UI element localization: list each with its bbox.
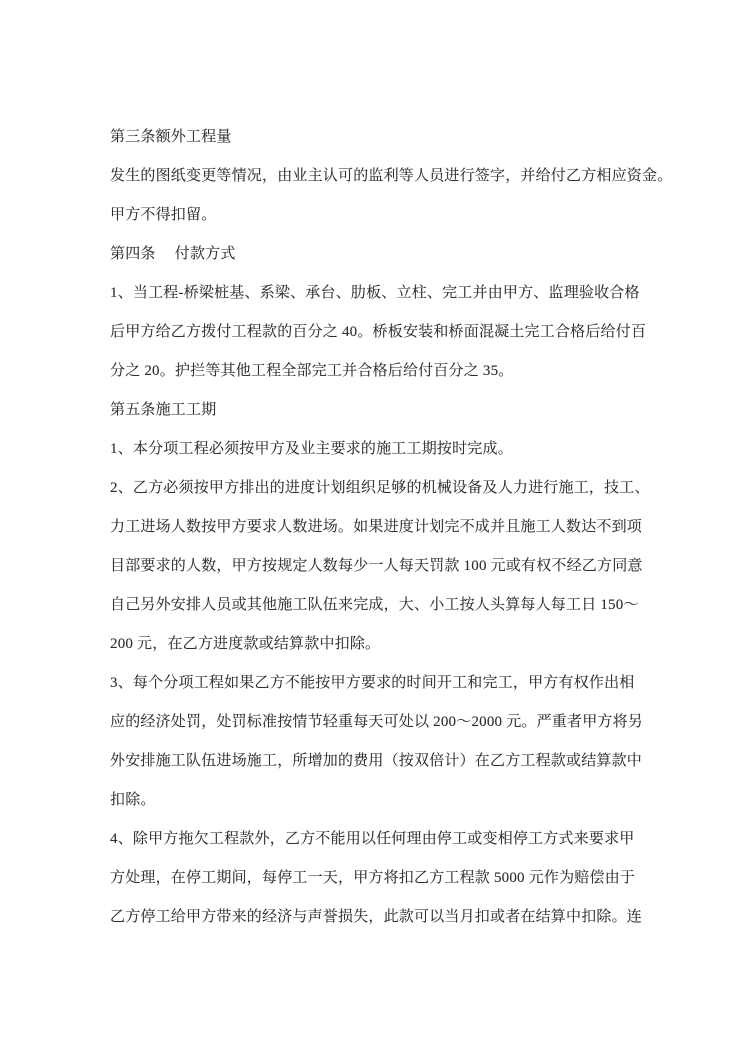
paragraph-line: 乙方停工给甲方带来的经济与声誉损失，此款可以当月扣或者在结算中扣除。连 — [110, 898, 670, 937]
paragraph-line: 4、除甲方拖欠工程款外，乙方不能用以任何理由停工或变相停工方式来要求甲 — [110, 820, 670, 859]
paragraph-line: 2、乙方必须按甲方排出的进度计划组织足够的机械设备及人力进行施工，技工、 — [110, 469, 670, 508]
contract-text-block: 第三条额外工程量发生的图纸变更等情况，由业主认可的监利等人员进行签字，并给付乙方… — [110, 118, 670, 937]
paragraph-line: 外安排施工队伍进场施工，所增加的费用（按双倍计）在乙方工程款或结算款中 — [110, 742, 670, 781]
clause-heading: 第三条额外工程量 — [110, 118, 670, 157]
paragraph-line: 分之 20。护拦等其他工程全部完工并合格后给付百分之 35。 — [110, 352, 670, 391]
paragraph-line: 200 元，在乙方进度款或结算款中扣除。 — [110, 625, 670, 664]
paragraph-line: 方处理，在停工期间，每停工一天，甲方将扣乙方工程款 5000 元作为赔偿由于 — [110, 859, 670, 898]
paragraph-line: 扣除。 — [110, 781, 670, 820]
paragraph-line: 目部要求的人数，甲方按规定人数每少一人每天罚款 100 元或有权不经乙方同意 — [110, 547, 670, 586]
paragraph-line: 自己另外安排人员或其他施工队伍来完成，大、小工按人头算每人每工日 150～ — [110, 586, 670, 625]
paragraph-line: 1、本分项工程必须按甲方及业主要求的施工工期按时完成。 — [110, 430, 670, 469]
paragraph-line: 3、每个分项工程如果乙方不能按甲方要求的时间开工和完工，甲方有权作出相 — [110, 664, 670, 703]
paragraph-line: 力工进场人数按甲方要求人数进场。如果进度计划完不成并且施工人数达不到项 — [110, 508, 670, 547]
clause-heading: 第四条 付款方式 — [110, 235, 670, 274]
paragraph-line: 后甲方给乙方拨付工程款的百分之 40。桥板安装和桥面混凝土完工合格后给付百 — [110, 313, 670, 352]
paragraph-line: 1、当工程-桥梁桩基、系梁、承台、肋板、立柱、完工并由甲方、监理验收合格 — [110, 274, 670, 313]
clause-heading: 第五条施工工期 — [110, 391, 670, 430]
paragraph-line: 应的经济处罚，处罚标准按情节轻重每天可处以 200～2000 元。严重者甲方将另 — [110, 703, 670, 742]
scanned-contract-page: { "page": { "background_color": "#ffffff… — [0, 0, 744, 1052]
paragraph-line: 发生的图纸变更等情况，由业主认可的监利等人员进行签字，并给付乙方相应资金。 — [110, 157, 670, 196]
paragraph-line: 甲方不得扣留。 — [110, 196, 670, 235]
document-page: 第三条额外工程量发生的图纸变更等情况，由业主认可的监利等人员进行签字，并给付乙方… — [0, 0, 744, 1052]
